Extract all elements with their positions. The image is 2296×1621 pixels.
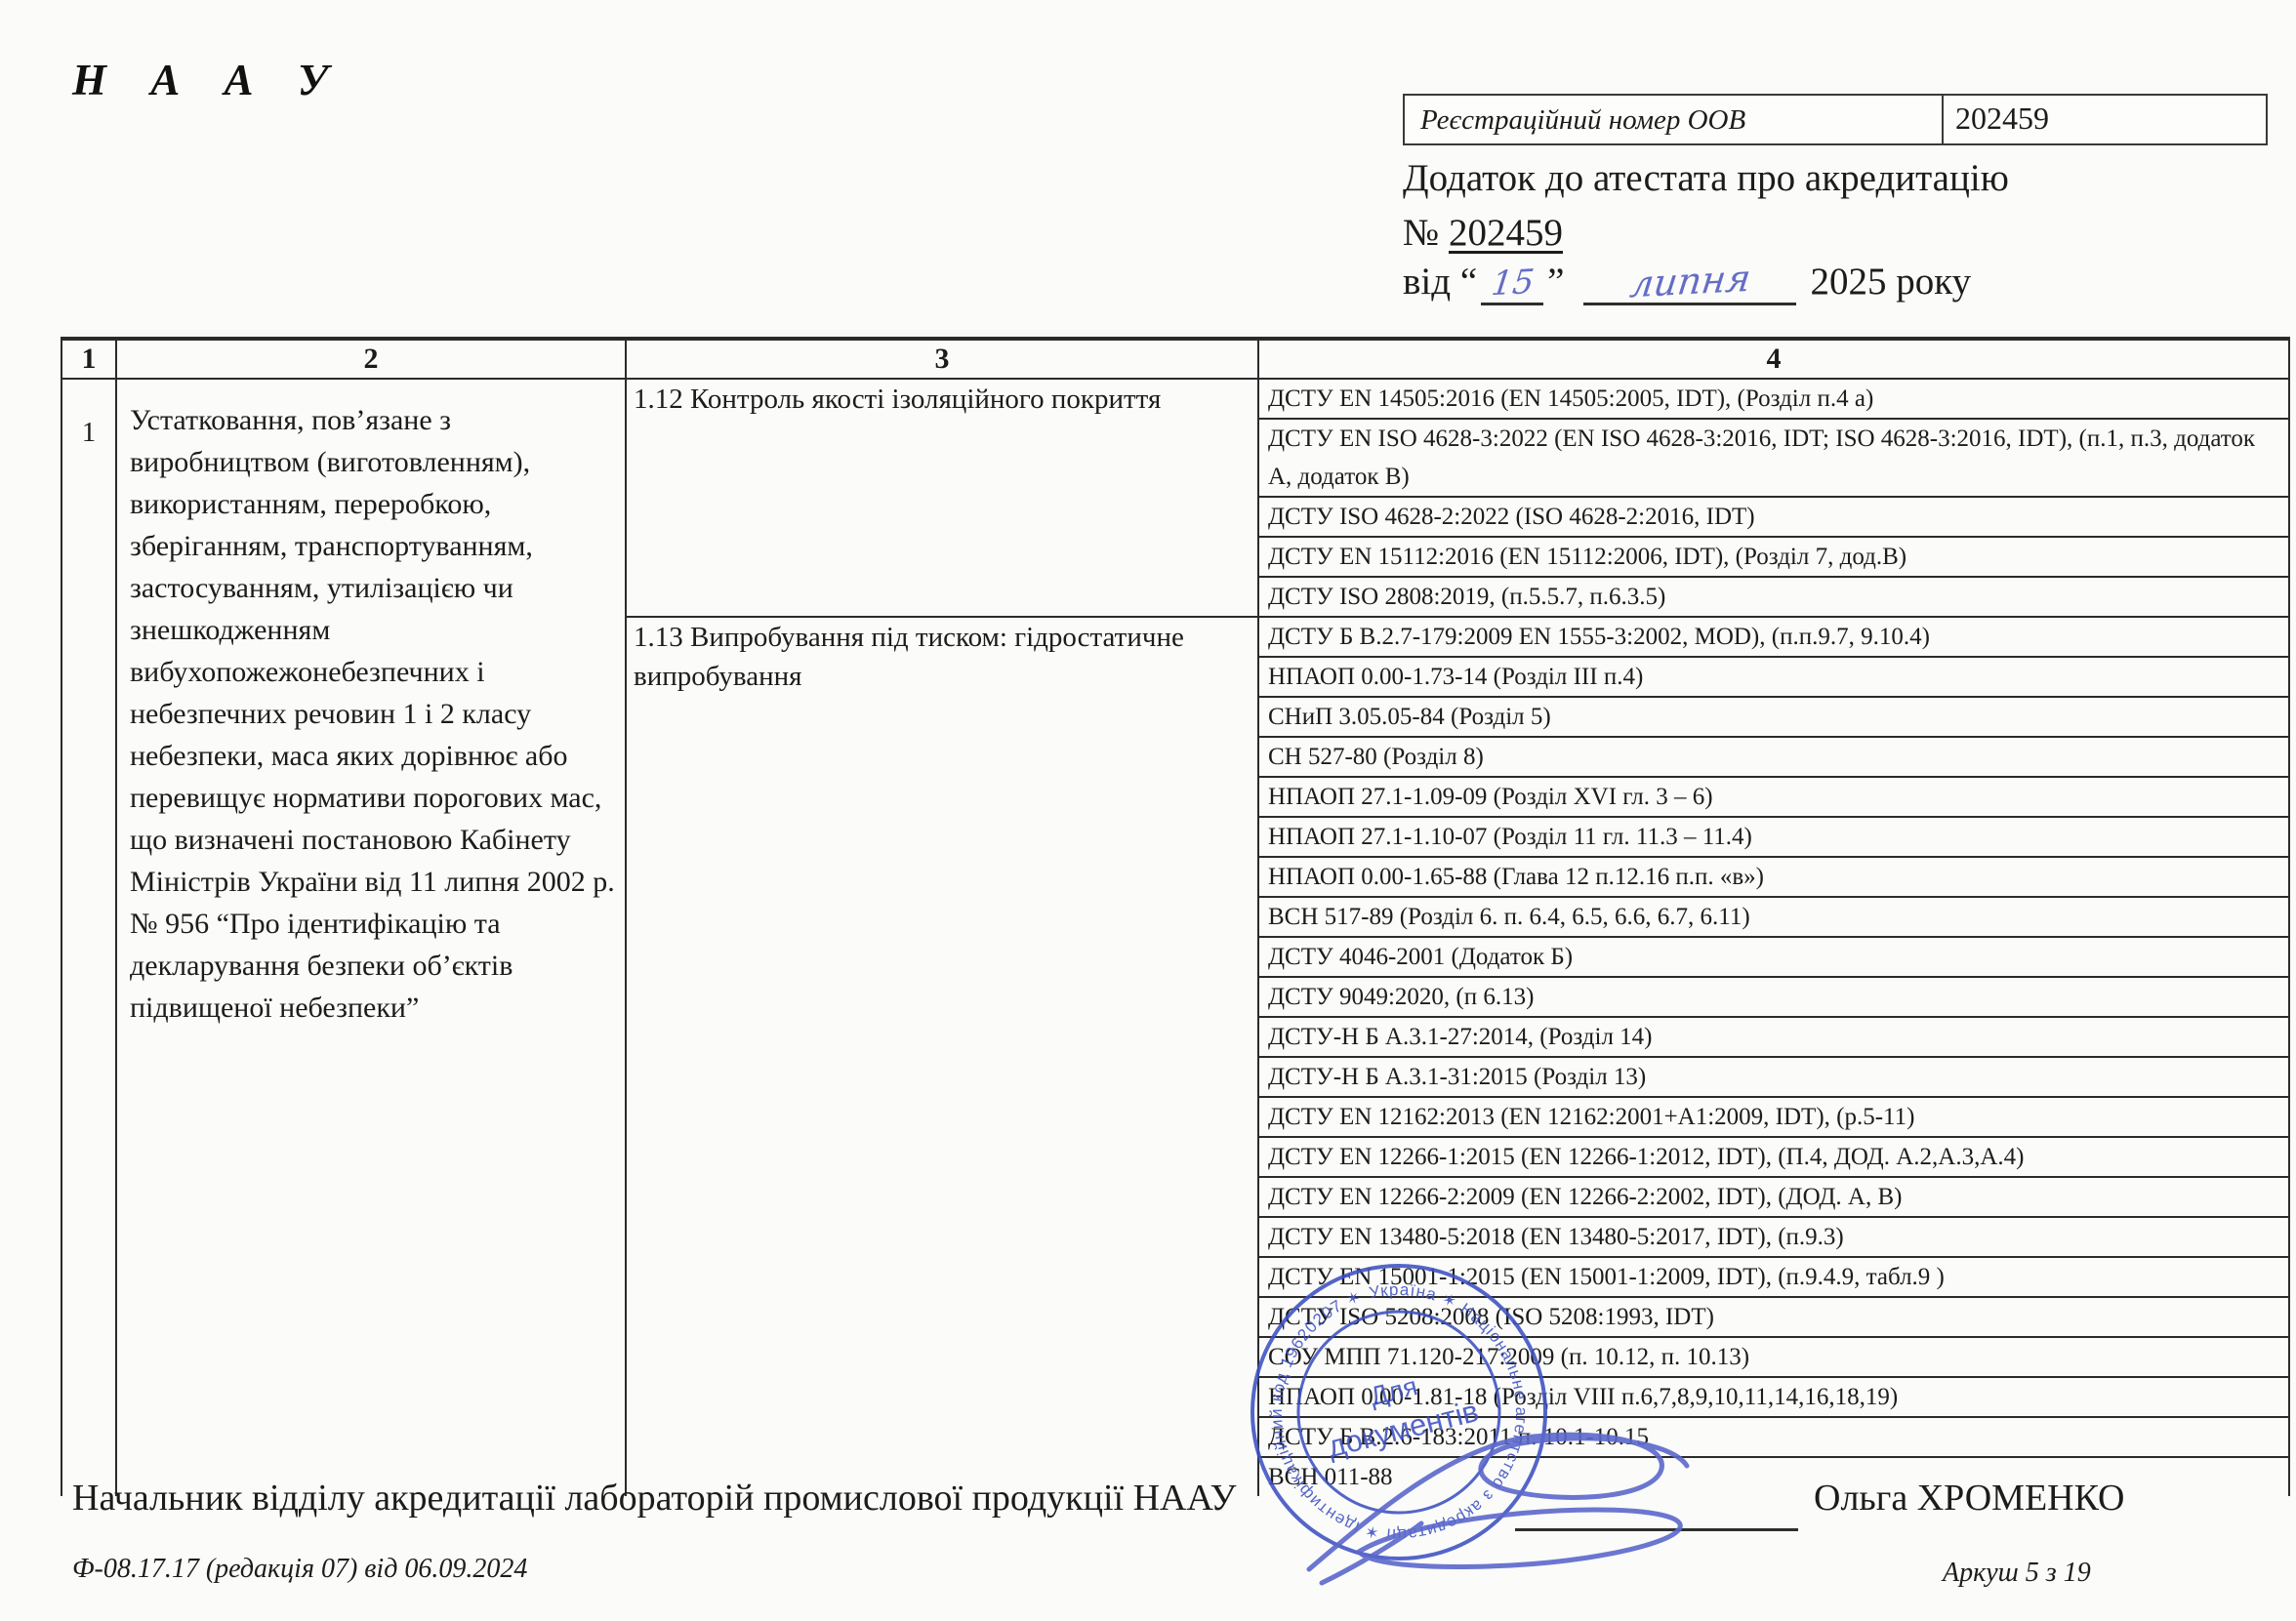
standard-cell: СН 527-80 (Розділ 8) — [1258, 737, 2289, 777]
signatory-position: Начальник відділу акредитації лабораторі… — [72, 1477, 1236, 1520]
scope-table: 1 2 3 4 1Устатковання, пов’язане з вироб… — [61, 337, 2290, 1496]
certificate-number: 202459 — [1449, 212, 1563, 254]
appendix-title: Додаток до атестата про акредитацію — [1403, 156, 2009, 200]
standard-cell: СНиП 3.05.05-84 (Розділ 5) — [1258, 697, 2289, 737]
form-reference: Ф-08.17.17 (редакція 07) від 06.09.2024 — [72, 1554, 527, 1585]
method-cell: 1.13 Випробування під тиском: гідростати… — [626, 617, 1258, 1496]
column-header-1: 1 — [61, 339, 116, 379]
certificate-number-line: № 202459 — [1403, 211, 1563, 255]
number-sign: № — [1403, 212, 1439, 254]
standards-table-body: 1Устатковання, пов’язане з виробництвом … — [61, 379, 2289, 1496]
standard-cell: НПАОП 0.00-1.73-14 (Розділ III п.4) — [1258, 657, 2289, 697]
standard-cell: НПАОП 0.00-1.65-88 (Глава 12 п.12.16 п.п… — [1258, 857, 2289, 897]
table-row: 1Устатковання, пов’язане з виробництвом … — [61, 379, 2289, 419]
sheet-number: Аркуш 5 з 19 — [1943, 1558, 2091, 1589]
standard-cell: ДСТУ-Н Б А.3.1-31:2015 (Розділ 13) — [1258, 1057, 2289, 1097]
standard-cell: ДСТУ Б В.2.7-179:2009 EN 1555-3:2002, MO… — [1258, 617, 2289, 657]
method-cell: 1.12 Контроль якості ізоляційного покрит… — [626, 379, 1258, 617]
standard-cell: ВСН 517-89 (Розділ 6. п. 6.4, 6.5, 6.6, … — [1258, 897, 2289, 937]
standard-cell: ДСТУ EN ISO 4628-3:2022 (EN ISO 4628-3:2… — [1258, 419, 2289, 497]
handwritten-month: липня — [1627, 257, 1753, 306]
standard-cell: ДСТУ 4046-2001 (Додаток Б) — [1258, 937, 2289, 977]
standard-cell: ДСТУ EN 12162:2013 (EN 12162:2001+A1:200… — [1258, 1097, 2289, 1137]
column-header-4: 4 — [1258, 339, 2289, 379]
standard-cell: НПАОП 27.1-1.09-09 (Розділ XVI гл. 3 – 6… — [1258, 777, 2289, 817]
registration-number-box: Реєстраційний номер ООВ 202459 — [1403, 94, 2268, 145]
row-number-cell: 1 — [61, 379, 116, 1496]
standard-cell: ДСТУ EN 12266-1:2015 (EN 12266-1:2012, I… — [1258, 1137, 2289, 1177]
date-year: 2025 року — [1810, 261, 1971, 303]
standard-cell: ДСТУ 9049:2020, (п 6.13) — [1258, 977, 2289, 1017]
naau-logo: Н А А У — [72, 55, 345, 105]
standard-cell: ДСТУ EN 14505:2016 (EN 14505:2005, IDT),… — [1258, 379, 2289, 419]
handwritten-day: 15 — [1489, 263, 1536, 304]
standard-cell: НПАОП 27.1-1.10-07 (Розділ 11 гл. 11.3 –… — [1258, 817, 2289, 857]
standard-cell: ДСТУ EN 12266-2:2009 (EN 12266-2:2002, I… — [1258, 1177, 2289, 1217]
handwritten-signature — [1265, 1384, 1734, 1594]
column-header-3: 3 — [626, 339, 1258, 379]
standard-cell: ДСТУ ISO 4628-2:2022 (ISO 4628-2:2016, I… — [1258, 497, 2289, 537]
registration-number-value: 202459 — [1944, 96, 2266, 143]
scope-table-header: 1 2 3 4 — [61, 339, 2289, 379]
standard-cell: ДСТУ ISO 2808:2019, (п.5.5.7, п.6.3.5) — [1258, 577, 2289, 617]
date-close-quote: ” — [1547, 261, 1564, 303]
document-page: Н А А У Реєстраційний номер ООВ 202459 Д… — [0, 0, 2296, 1621]
standard-cell: ДСТУ EN 15112:2016 (EN 15112:2006, IDT),… — [1258, 537, 2289, 577]
standard-cell: ДСТУ-Н Б А.3.1-27:2014, (Розділ 14) — [1258, 1017, 2289, 1057]
column-header-2: 2 — [116, 339, 626, 379]
object-description-cell: Устатковання, пов’язане з виробництвом (… — [116, 379, 626, 1496]
signatory-name: Ольга ХРОМЕНКО — [1814, 1477, 2124, 1520]
date-prefix: від “ — [1403, 261, 1477, 303]
date-line: від “15”липня2025 року — [1403, 260, 1971, 305]
registration-number-label: Реєстраційний номер ООВ — [1405, 96, 1944, 143]
